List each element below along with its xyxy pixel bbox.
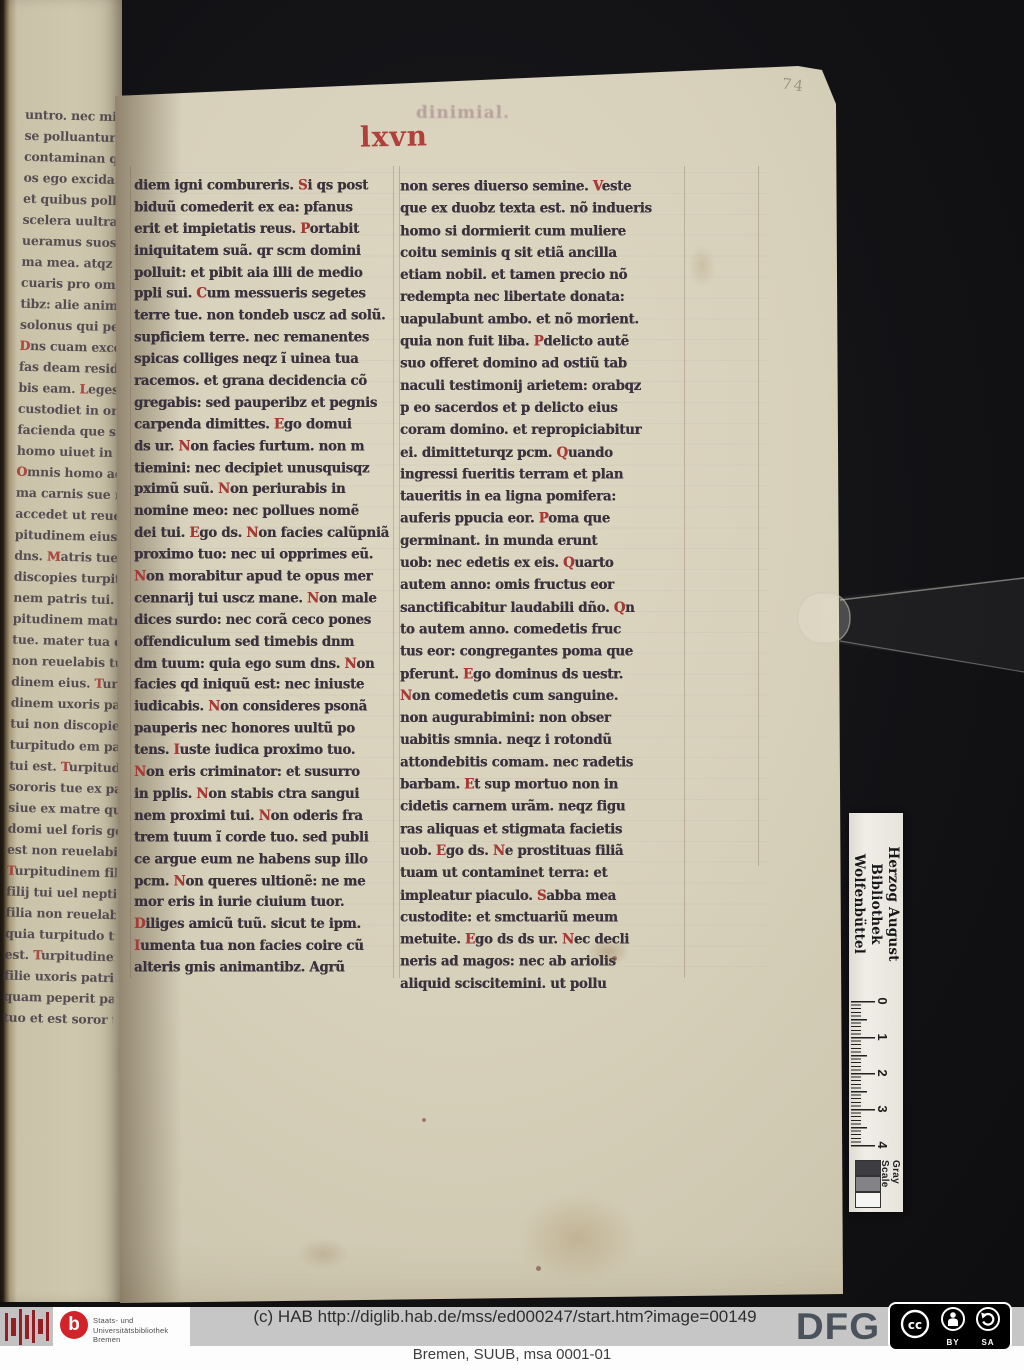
- manuscript-text-line: biduũ comederit ex ea: pfanus: [134, 198, 396, 220]
- manuscript-text-line: Non morabitur apud te opus mer: [134, 567, 396, 589]
- ruler-number: 0: [875, 993, 890, 1009]
- manuscript-text-line: ei. dimitteturqz pcm. Quando: [400, 442, 682, 464]
- manuscript-text-line: sororis tue ex patr: [8, 779, 118, 803]
- manuscript-text-line: erit et impietatis reus. Portabit: [134, 219, 396, 241]
- manuscript-text-line: pitudinem matris: [12, 611, 122, 635]
- parchment-stain: [586, 938, 630, 966]
- manuscript-text-line: filie uxoris patris: [4, 968, 114, 992]
- manuscript-text-line: nem patris tui. et: [13, 590, 123, 614]
- manuscript-text-line: uapulabunt ambo. et nõ morient.: [400, 309, 682, 331]
- manuscript-text-line: sanctificabitur laudabili dño. Qn: [400, 597, 682, 619]
- manuscript-text-line: Dns cuam excerdo: [19, 338, 129, 362]
- manuscript-text-line: ma carnis sue no: [16, 485, 126, 509]
- manuscript-text-line: auferis ppucia eor. Poma que: [400, 508, 682, 530]
- grayscale-label: Gray Scale: [885, 1160, 901, 1210]
- manuscript-text-line: est non reuelabis: [7, 842, 117, 866]
- manuscript-text-line: quia non fuit liba. Pdelicto autẽ: [400, 331, 682, 353]
- grayscale-card: Gray Scale: [849, 1158, 903, 1212]
- manuscript-text-line: dinem eius. Turpi: [11, 674, 121, 698]
- manuscript-text-line: in pplis. Non stabis ctra sangui: [134, 784, 396, 806]
- manuscript-text-line: Turpitudinem fili: [6, 863, 116, 887]
- manuscript-text-line: neris ad magos: nec ab ariolis: [400, 951, 682, 973]
- manuscript-text-line: supficiem terre. nec remanentes: [134, 328, 396, 350]
- manuscript-text-line: carpenda dimittes. Ego domui: [134, 415, 396, 437]
- cc-icon: cc: [899, 1308, 931, 1345]
- bremen-logo-line: Universitätsbibliothek: [93, 1326, 168, 1336]
- grayscale-patch-light: [855, 1192, 881, 1208]
- ruler: 01234: [849, 995, 902, 1158]
- manuscript-text-line: dm tuum: quia ego sum dns. Non: [134, 654, 396, 676]
- cc-sa-arrow-icon: [975, 1306, 1001, 1337]
- manuscript-text-line: suo offeret domino ad ostiũ tab: [400, 353, 682, 375]
- manuscript-text-line: coram domino. et repropiciabitur: [400, 420, 682, 442]
- manuscript-text-line: bis eam. Leges mea: [18, 380, 128, 404]
- manuscript-text-line: pferunt. Ego dominus ds uestr.: [400, 663, 682, 685]
- manuscript-text-line: filij tui uel neptis: [6, 884, 116, 908]
- manuscript-text-line: Non comedetis cum sanguine.: [400, 685, 682, 707]
- manuscript-text-line: cuaris pro omnibz: [21, 275, 131, 299]
- parchment-speck: [422, 1118, 426, 1122]
- manuscript-text-line: siue ex matre que: [8, 800, 118, 824]
- manuscript-text-line: dices surdo: nec corã ceco pones: [134, 611, 396, 633]
- parchment-stain: [688, 244, 716, 288]
- manuscript-text-line: ppli sui. Cum messueris segetes: [134, 285, 396, 307]
- manuscript-text-line: cennarij tui uscz mane. Non male: [134, 589, 396, 611]
- manuscript-text-line: nem proximi tui. Non oderis fra: [134, 806, 396, 828]
- manuscript-text-line: non augurabimini: non obser: [400, 708, 682, 730]
- manuscript-text-line: ingressi fueritis terram et plan: [400, 464, 682, 486]
- bremen-logo-line: Bremen: [93, 1335, 168, 1345]
- manuscript-text-line: iniquitatem suã. qr scm domini: [134, 241, 396, 263]
- manuscript-text-line: quia turpitudo tu: [5, 926, 115, 950]
- manuscript-text-line: tiemini: nec decipiet unusquisqz: [134, 458, 396, 480]
- manuscript-text-line: discopies turpitu: [14, 569, 124, 593]
- manuscript-text-line: tuam ut contaminet terra: et: [400, 863, 682, 885]
- manuscript-text-line: homo si dormierit cum muliere: [400, 220, 682, 242]
- manuscript-text-line: nomine meo: nec pollues nomẽ: [134, 502, 396, 524]
- running-title: lxvn: [360, 119, 429, 153]
- manuscript-text-line: iudicabis. Non consideres psonã: [134, 697, 396, 719]
- manuscript-text-line: offendiculum sed timebis dnm: [134, 632, 396, 654]
- manuscript-text-line: ras aliquas et stigmata facietis: [400, 818, 682, 840]
- photo-background: untro. nec miserebse polluantur in ocont…: [0, 0, 1024, 1307]
- svg-text:cc: cc: [908, 1318, 922, 1332]
- manuscript-text-line: tui est. Turpitudin: [9, 758, 119, 782]
- manuscript-text-line: custodite: et smctuariũ meum: [400, 907, 682, 929]
- grayscale-patch-mid: [855, 1176, 881, 1192]
- copyright-text: (c) HAB http://diglib.hab.de/mss/ed00024…: [225, 1307, 785, 1346]
- manuscript-text-line: diem igni combureris. Si qs post: [134, 176, 396, 198]
- manuscript-text-line: est. Turpitudinem: [4, 947, 114, 971]
- manuscript-text-line: homo uiuet in eis: [17, 443, 127, 467]
- manuscript-text-line: metuite. Ego ds ds ur. Nec decli: [400, 929, 682, 951]
- manuscript-text-line: autem anno: omis fructus eor: [400, 575, 682, 597]
- bremen-logo-line: Staats- und: [93, 1316, 168, 1326]
- dfg-logo: DFG: [788, 1306, 888, 1346]
- manuscript-text-line: ce argue eum ne habens sup illo: [134, 850, 396, 872]
- manuscript-text-line: non seres diuerso semine. Veste: [400, 176, 682, 198]
- manuscript-text-line: ds ur. Non facies furtum. non m: [134, 437, 396, 459]
- manuscript-text-line: pcm. Non queres ultionẽ: ne me: [134, 871, 396, 893]
- parchment-speck: [536, 1266, 541, 1271]
- manuscript-text-line: ma mea. atqz tradi: [21, 254, 131, 278]
- manuscript-text-line: quam peperit patr: [3, 989, 113, 1013]
- ruler-number: 4: [875, 1137, 890, 1153]
- manuscript-text-line: Omnis homo ad p: [16, 464, 126, 488]
- manuscript-text-line: naculi testimonij arietem: orabqz: [400, 375, 682, 397]
- ruling-line-vertical: [758, 166, 759, 866]
- manuscript-text-line: aliquid sciscitemini. ut pollu: [400, 973, 682, 995]
- manuscript-text-line: turpitudo em pat: [9, 737, 119, 761]
- ruler-number: 2: [875, 1065, 890, 1081]
- manuscript-text-line: terre tue. non tondeb uscz ad solũ.: [134, 306, 396, 328]
- manuscript-text-line: tue. mater tua est: [12, 632, 122, 656]
- manuscript-text-line: pauperis nec honores uultũ po: [134, 719, 396, 741]
- manuscript-text-line: redempta nec libertate donata:: [400, 287, 682, 309]
- manuscript-text-line: domi uel foris gen: [7, 821, 117, 845]
- bleedthrough-text: dinimial.: [416, 103, 510, 123]
- manuscript-text-line: barbam. Et sup mortuo non in: [400, 774, 682, 796]
- parchment-speck: [612, 956, 617, 961]
- reference-strip: Herzog August Bibliothek Wolfenbüttel 01…: [849, 813, 903, 1212]
- facing-page-edge: untro. nec miserebse polluantur in ocont…: [0, 0, 122, 1302]
- manuscript-text-line: alteris gnis animantibz. Agrũ: [134, 958, 396, 980]
- manuscript-text-line: impleatur piaculo. Sabba mea: [400, 885, 682, 907]
- manuscript-text-line: etiam nobil. et tamen precio nõ: [400, 265, 682, 287]
- manuscript-text-line: tuo et est soror tu: [3, 1010, 113, 1034]
- manuscript-text-line: non reuelabis tur: [11, 653, 121, 677]
- manuscript-text-line: dinem uxoris pat: [10, 695, 120, 719]
- manuscript-text-line: tibz: alie animi erdu: [20, 296, 130, 320]
- manuscript-text-line: custodiet in omibz: [18, 401, 128, 425]
- cc-sa-item: SA: [975, 1306, 1001, 1347]
- manuscript-text-line: spicas colliges neqz ĩ uinea tua: [134, 350, 396, 372]
- manuscript-text-line: gregabis: sed pauperibz et pegnis: [134, 393, 396, 415]
- ruling-line-vertical: [130, 166, 131, 978]
- parchment-stain: [516, 1192, 640, 1284]
- plastic-page-holder: [780, 555, 1024, 695]
- institution-label: Herzog August Bibliothek Wolfenbüttel: [849, 813, 902, 995]
- manuscript-text-line: trem tuum ĩ corde tuo. sed publi: [134, 828, 396, 850]
- bremen-logo-text: Staats- und Universitätsbibliothek Breme…: [93, 1316, 168, 1345]
- institution-line1: Herzog August Bibliothek: [867, 813, 901, 995]
- manuscript-text-line: polluit: et pibit aia illi de medio: [134, 263, 396, 285]
- text-column-left: diem igni combureris. Si qs postbiduũ co…: [134, 176, 396, 980]
- manuscript-text-line: accedet ut reuelet: [15, 506, 125, 530]
- manuscript-text-line: mor eris in iurie ciuium tuor.: [134, 893, 396, 915]
- facing-page-text: untro. nec miserebse polluantur in ocont…: [3, 107, 136, 1033]
- manuscript-text-line: filia non reuelab: [5, 905, 115, 929]
- manuscript-text-line: Non eris criminator: et susurro: [134, 763, 396, 785]
- manuscript-text-line: uob: nec edetis ex eis. Quarto: [400, 553, 682, 575]
- cc-by-item: BY: [940, 1306, 966, 1347]
- manuscript-text-line: facies qd iniquũ est: nec iniuste: [134, 676, 396, 698]
- manuscript-text-line: p eo sacerdos et p delicto eius: [400, 397, 682, 419]
- parchment-stain: [296, 1238, 350, 1270]
- manuscript-text-line: coitu seminis q sit etiã ancilla: [400, 242, 682, 264]
- manuscript-text-line: taueritis in ea ligna pomifera:: [400, 486, 682, 508]
- text-column-right: non seres diuerso semine. Vesteque ex du…: [400, 176, 682, 996]
- manuscript-text-line: tens. Iuste iudica proximo tuo.: [134, 741, 396, 763]
- ruler-ticks: [851, 995, 875, 1158]
- institution-line2: Wolfenbüttel: [850, 813, 867, 995]
- ruler-number: 1: [875, 1029, 890, 1045]
- manuscript-text-line: cidetis carnem urãm. neqz figu: [400, 796, 682, 818]
- ruler-number: 3: [875, 1101, 890, 1117]
- manuscript-text-line: Diliges amicũ tuũ. sicut te ipm.: [134, 915, 396, 937]
- manuscript-text-line: attondebitis comam. nec radetis: [400, 752, 682, 774]
- cc-license-badge: cc BY SA: [888, 1302, 1012, 1351]
- manuscript-text-line: facienda que si fec: [17, 422, 127, 446]
- manuscript-text-line: germinant. in munda erunt: [400, 530, 682, 552]
- manuscript-text-line: uob. Ego ds. Ne prostituas filiã: [400, 840, 682, 862]
- manuscript-text-line: proximo tuo: nec ui opprimes eũ.: [134, 545, 396, 567]
- manuscript-text-line: tui non discopie: [10, 716, 120, 740]
- manuscript-text-line: dei tui. Ego ds. Non facies calũpniã: [134, 524, 396, 546]
- cc-by-person-icon: [940, 1306, 966, 1337]
- shelfmark-caption: Bremen, SUUB, msa 0001-01: [0, 1346, 1024, 1370]
- manuscript-text-line: dns. Matris tue n: [14, 548, 124, 572]
- manuscript-text-line: pximũ suũ. Non periurabis in: [134, 480, 396, 502]
- manuscript-text-line: tus eor: congregantes poma que: [400, 641, 682, 663]
- manuscript-text-line: racemos. et grana decidencia cõ: [134, 372, 396, 394]
- grayscale-patch-dark: [855, 1160, 881, 1176]
- manuscript-text-line: to autem anno. comedetis fruc: [400, 619, 682, 641]
- manuscript-text-line: fas deam residuos: [19, 359, 129, 383]
- manuscript-text-line: pitudinem eius. e: [15, 527, 125, 551]
- ruling-line-vertical: [684, 166, 685, 978]
- pencil-folio-number: 74: [781, 74, 806, 95]
- manuscript-text-line: uabitis smnia. neqz i rotondũ: [400, 730, 682, 752]
- bremen-bars-logo: [0, 1307, 53, 1346]
- manuscript-text-line: que ex duobz texta est. nõ indueris: [400, 198, 682, 220]
- bremen-logo-icon: b: [60, 1311, 88, 1339]
- manuscript-text-line: solonus qui peregr: [20, 317, 130, 341]
- manuscript-text-line: Iumenta tua non facies coire cũ: [134, 936, 396, 958]
